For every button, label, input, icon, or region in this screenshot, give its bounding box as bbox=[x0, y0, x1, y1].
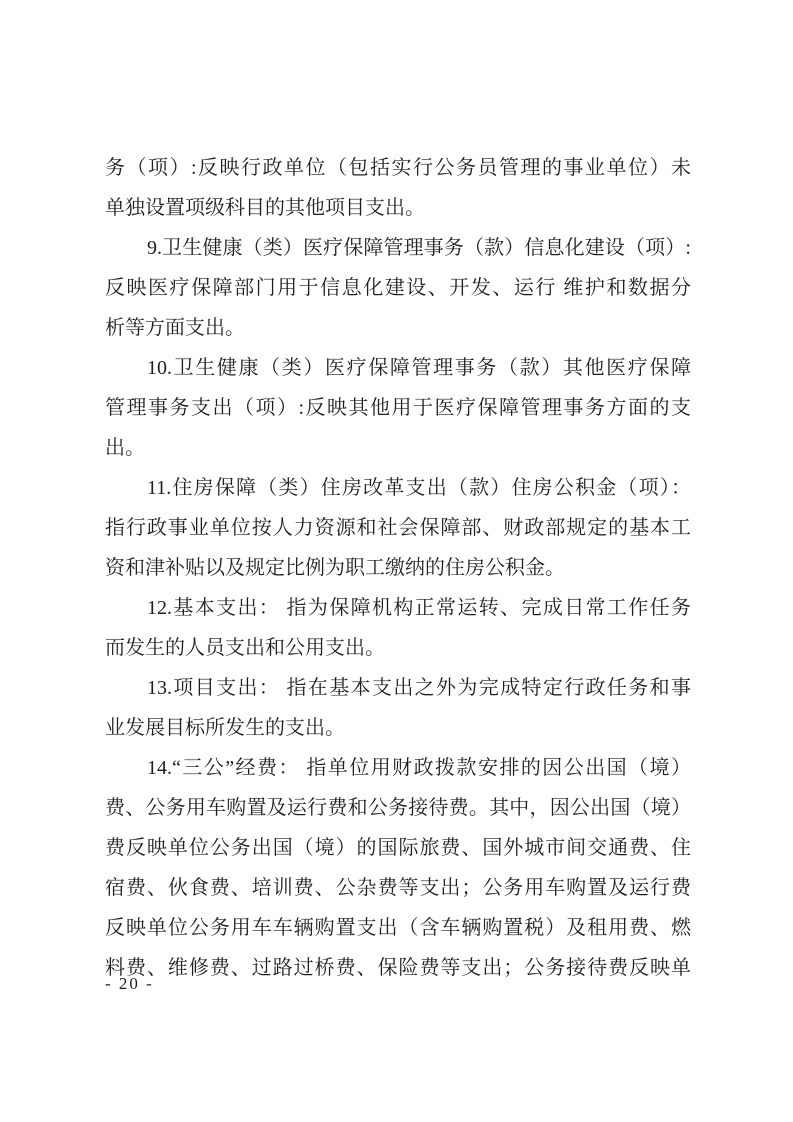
paragraph: 10.卫生健康（类）医疗保障管理事务（款）其他医疗保障 管理事务支出（项）:反映… bbox=[105, 348, 691, 468]
text-line: 单独设置项级科目的其他项目支出。 bbox=[105, 188, 691, 228]
page-number: - 20 - bbox=[105, 971, 154, 997]
paragraph: 14.“三公”经费： 指单位用财政拨款安排的因公出国（境） 费、公务用车购置及运… bbox=[105, 748, 691, 988]
text-line: 指行政事业单位按人力资源和社会保障部、财政部规定的基本工 bbox=[105, 508, 691, 548]
text-line: 13.项目支出： 指在基本支出之外为完成特定行政任务和事 bbox=[105, 668, 691, 708]
paragraph: 12.基本支出： 指为保障机构正常运转、完成日常工作任务 而发生的人员支出和公用… bbox=[105, 588, 691, 668]
text-line: 务（项）:反映行政单位（包括实行公务员管理的事业单位）未 bbox=[105, 148, 691, 188]
text-line: 费反映单位公务出国（境）的国际旅费、国外城市间交通费、住 bbox=[105, 828, 691, 868]
paragraph: 13.项目支出： 指在基本支出之外为完成特定行政任务和事 业发展目标所发生的支出… bbox=[105, 668, 691, 748]
paragraph: 务（项）:反映行政单位（包括实行公务员管理的事业单位）未 单独设置项级科目的其他… bbox=[105, 148, 691, 228]
text-line: 析等方面支出。 bbox=[105, 308, 691, 348]
text-line: 14.“三公”经费： 指单位用财政拨款安排的因公出国（境） bbox=[105, 748, 691, 788]
document-page: 务（项）:反映行政单位（包括实行公务员管理的事业单位）未 单独设置项级科目的其他… bbox=[0, 0, 793, 1122]
paragraph: 9.卫生健康（类）医疗保障管理事务（款）信息化建设（项）: 反映医疗保障部门用于… bbox=[105, 228, 691, 348]
text-line: 料费、维修费、过路过桥费、保险费等支出；公务接待费反映单 bbox=[105, 948, 691, 988]
text-line: 9.卫生健康（类）医疗保障管理事务（款）信息化建设（项）: bbox=[105, 228, 691, 268]
text-line: 11.住房保障（类）住房改革支出（款）住房公积金（项）： bbox=[105, 468, 691, 508]
text-line: 业发展目标所发生的支出。 bbox=[105, 708, 691, 748]
text-line: 而发生的人员支出和公用支出。 bbox=[105, 628, 691, 668]
text-line: 10.卫生健康（类）医疗保障管理事务（款）其他医疗保障 bbox=[105, 348, 691, 388]
text-line: 管理事务支出（项）:反映其他用于医疗保障管理事务方面的支 bbox=[105, 388, 691, 428]
paragraph: 11.住房保障（类）住房改革支出（款）住房公积金（项）： 指行政事业单位按人力资… bbox=[105, 468, 691, 588]
text-line: 12.基本支出： 指为保障机构正常运转、完成日常工作任务 bbox=[105, 588, 691, 628]
text-line: 出。 bbox=[105, 428, 691, 468]
text-line: 费、公务用车购置及运行费和公务接待费。其中，因公出国（境） bbox=[105, 788, 691, 828]
page-body: 务（项）:反映行政单位（包括实行公务员管理的事业单位）未 单独设置项级科目的其他… bbox=[105, 148, 691, 988]
text-line: 反映医疗保障部门用于信息化建设、开发、运行 维护和数据分 bbox=[105, 268, 691, 308]
text-line: 反映单位公务用车车辆购置支出（含车辆购置税）及租用费、燃 bbox=[105, 908, 691, 948]
text-line: 宿费、伙食费、培训费、公杂费等支出；公务用车购置及运行费 bbox=[105, 868, 691, 908]
text-line: 资和津补贴以及规定比例为职工缴纳的住房公积金。 bbox=[105, 548, 691, 588]
